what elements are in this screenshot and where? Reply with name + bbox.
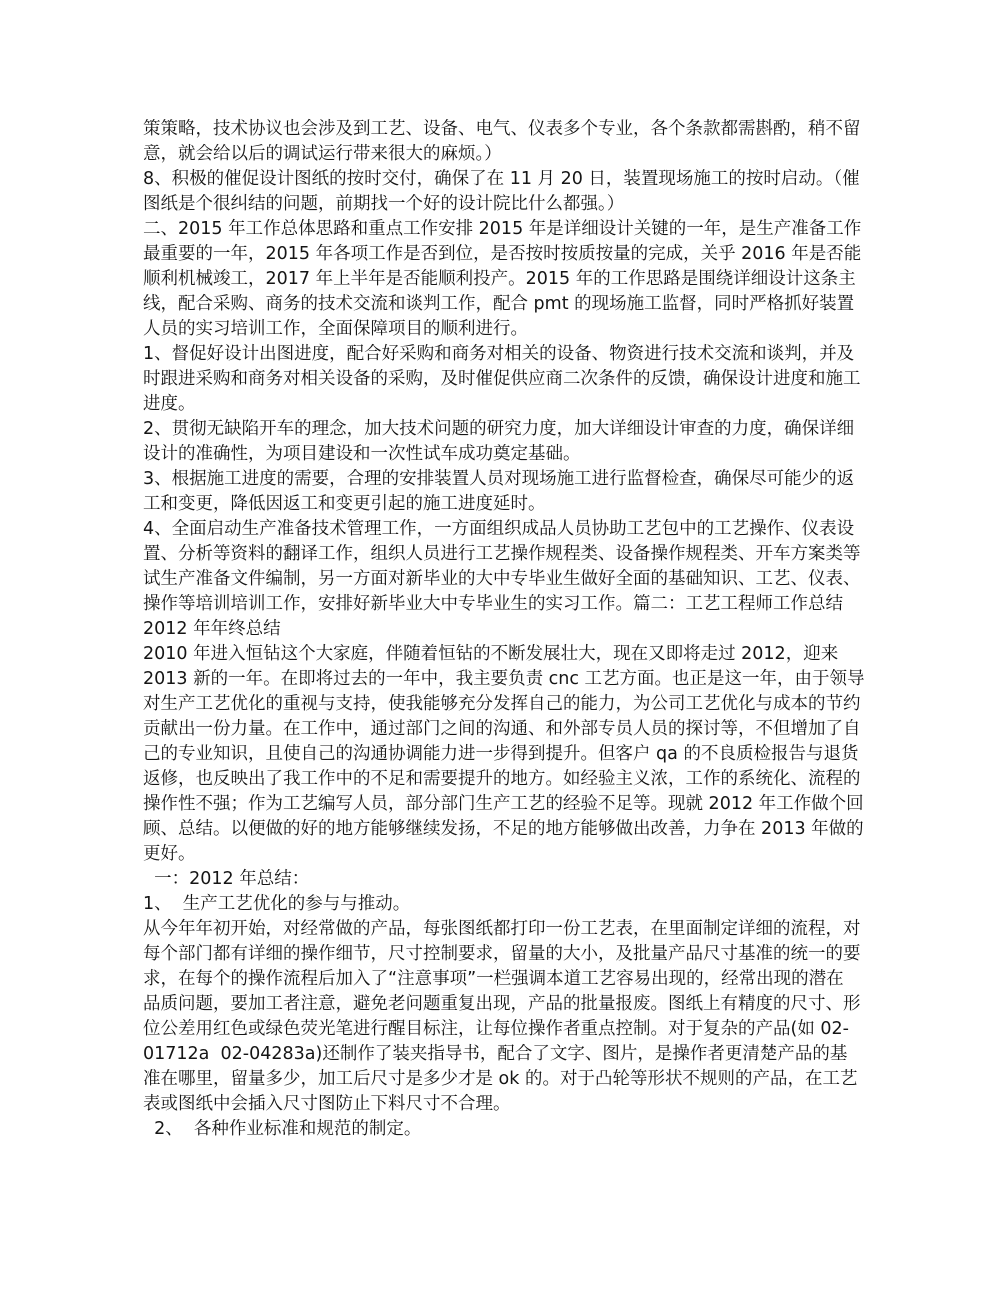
text-line: 2、贯彻无缺陷开车的理念，加大技术问题的研究力度，加大详细设计审查的力度，确保详… [143,417,888,442]
text-line: 准在哪里，留量多少，加工后尺寸是多少才是 ok 的。对于凸轮等形状不规则的产品，… [143,1067,888,1092]
text-line: 8、积极的催促设计图纸的按时交付，确保了在 11 月 20 日，装置现场施工的按… [143,167,888,192]
text-line: 2、 各种作业标准和规范的制定。 [143,1117,888,1142]
text-line: 贡献出一份力量。在工作中，通过部门之间的沟通、和外部专员人员的探讨等，不但增加了… [143,717,888,742]
text-line: 1、督促好设计出图进度，配合好采购和商务对相关的设备、物资进行技术交流和谈判，并… [143,342,888,367]
text-line: 2012 年年终总结 [143,617,888,642]
text-line: 求，在每个的操作流程后加入了“注意事项”一栏强调本道工艺容易出现的，经常出现的潜… [143,967,888,992]
text-line: 位公差用红色或绿色荧光笔进行醒目标注，让每位操作者重点控制。对于复杂的产品(如 … [143,1017,888,1042]
text-line: 2010 年进入恒钻这个大家庭，伴随着恒钻的不断发展壮大，现在又即将走过 201… [143,642,888,667]
text-line: 返修，也反映出了我工作中的不足和需要提升的地方。如经验主义浓，工作的系统化、流程… [143,767,888,792]
text-line: 线，配合采购、商务的技术交流和谈判工作，配合 pmt 的现场施工监督，同时严格抓… [143,292,888,317]
text-line: 更好。 [143,842,888,867]
text-line: 2013 新的一年。在即将过去的一年中，我主要负责 cnc 工艺方面。也正是这一… [143,667,888,692]
text-line: 品质问题，要加工者注意，避免老问题重复出现，产品的批量报废。图纸上有精度的尺寸、… [143,992,888,1017]
text-line: 图纸是个很纠结的问题，前期找一个好的设计院比什么都强。） [143,192,888,217]
text-line: 每个部门都有详细的操作细节，尺寸控制要求，留量的大小，及批量产品尺寸基准的统一的… [143,942,888,967]
text-line: 从今年年初开始，对经常做的产品，每张图纸都打印一份工艺表，在里面制定详细的流程，… [143,917,888,942]
document-page: 策策略，技术协议也会涉及到工艺、设备、电气、仪表多个专业，各个条款都需斟酌，稍不… [0,0,1000,1295]
text-line: 顾、总结。以便做的好的地方能够继续发扬，不足的地方能够做出改善，力争在 2013… [143,817,888,842]
text-line: 二、2015 年工作总体思路和重点工作安排 2015 年是详细设计关键的一年，是… [143,217,888,242]
text-line: 操作性不强；作为工艺编写人员，部分部门生产工艺的经验不足等。现就 2012 年工… [143,792,888,817]
document-text-block: 策策略，技术协议也会涉及到工艺、设备、电气、仪表多个专业，各个条款都需斟酌，稍不… [143,117,888,1142]
text-line: 1、 生产工艺优化的参与与推动。 [143,892,888,917]
text-line: 己的专业知识，且使自己的沟通协调能力进一步得到提升。但客户 qa 的不良质检报告… [143,742,888,767]
text-line: 最重要的一年，2015 年各项工作是否到位，是否按时按质按量的完成，关乎 201… [143,242,888,267]
text-line: 人员的实习培训工作，全面保障项目的顺利进行。 [143,317,888,342]
text-line: 操作等培训培训工作，安排好新毕业大中专毕业生的实习工作。篇二：工艺工程师工作总结 [143,592,888,617]
text-line: 试生产准备文件编制，另一方面对新毕业的大中专毕业生做好全面的基础知识、工艺、仪表… [143,567,888,592]
text-line: 一：2012 年总结： [143,867,888,892]
text-line: 4、全面启动生产准备技术管理工作，一方面组织成品人员协助工艺包中的工艺操作、仪表… [143,517,888,542]
text-line: 时跟进采购和商务对相关设备的采购，及时催促供应商二次条件的反馈，确保设计进度和施… [143,367,888,392]
text-line: 进度。 [143,392,888,417]
text-line: 设计的准确性，为项目建设和一次性试车成功奠定基础。 [143,442,888,467]
text-line: 意，就会给以后的调试运行带来很大的麻烦。） [143,142,888,167]
text-line: 对生产工艺优化的重视与支持，使我能够充分发挥自己的能力，为公司工艺优化与成本的节… [143,692,888,717]
text-line: 策策略，技术协议也会涉及到工艺、设备、电气、仪表多个专业，各个条款都需斟酌，稍不… [143,117,888,142]
text-line: 顺利机械竣工，2017 年上半年是否能顺利投产。2015 年的工作思路是围绕详细… [143,267,888,292]
text-line: 01712a 02-04283a)还制作了装夹指导书，配合了文字、图片，是操作者… [143,1042,888,1067]
text-line: 置、分析等资料的翻译工作，组织人员进行工艺操作规程类、设备操作规程类、开车方案类… [143,542,888,567]
text-line: 表或图纸中会插入尺寸图防止下料尺寸不合理。 [143,1092,888,1117]
text-line: 3、根据施工进度的需要，合理的安排装置人员对现场施工进行监督检查，确保尽可能少的… [143,467,888,492]
text-line: 工和变更，降低因返工和变更引起的施工进度延时。 [143,492,888,517]
